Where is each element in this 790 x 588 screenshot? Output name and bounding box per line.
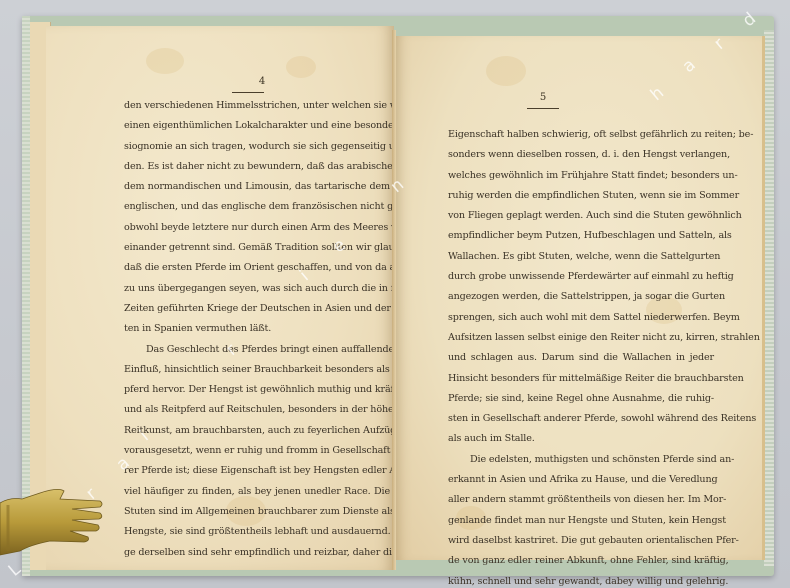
- text-line: Hengste, sie sind größtentheils lebhaft …: [124, 522, 390, 542]
- text-line: zu uns übergegangen seyen, was sich auch…: [124, 279, 390, 299]
- text-line: von Fliegen geplagt werden. Auch sind di…: [448, 206, 714, 226]
- text-line: einen eigenthümlichen Lokalcharakter und…: [124, 116, 390, 136]
- text-line: sonders wenn dieselben rossen, d. i. den…: [448, 145, 714, 165]
- text-line: Hinsicht besonders für mittelmäßige Reit…: [448, 369, 714, 389]
- text-line: englischen, und das englische dem franzö…: [124, 197, 390, 217]
- text-line: ten in Spanien vermuthen läßt.: [124, 319, 390, 339]
- text-line: genlande findet man nur Hengste und Stut…: [448, 511, 714, 531]
- text-line: Reitkunst, am brauchbarsten, auch zu fey…: [124, 421, 390, 441]
- text-line: ge derselben sind sehr empfindlich und r…: [124, 543, 390, 563]
- text-line: den verschiedenen Himmelsstrichen, unter…: [124, 96, 390, 116]
- text-line: und schlagen aus. Darum sind die Wallach…: [448, 348, 714, 368]
- right-page: 5 Eigenschaft halben schwierig, oft selb…: [396, 36, 765, 560]
- foxing-stain: [146, 48, 184, 74]
- text-line: pferd hervor. Der Hengst ist gewöhnlich …: [124, 380, 390, 400]
- text-line: sprengen, sich auch wohl mit dem Sattel …: [448, 308, 714, 328]
- page-number-rule: [232, 92, 264, 93]
- text-line: aller andern stammt größtentheils von di…: [448, 490, 714, 510]
- text-line: Wallachen. Es gibt Stuten, welche, wenn …: [448, 247, 714, 267]
- text-line: Einfluß, hinsichtlich seiner Brauchbarke…: [124, 360, 390, 380]
- text-line: viel häufiger zu finden, als bey jenen u…: [124, 482, 390, 502]
- text-line: empfindlicher beym Putzen, Hufbeschlagen…: [448, 226, 714, 246]
- text-line: angezogen werden, die Sattelstrippen, ja…: [448, 287, 714, 307]
- text-line: als auch im Stalle.: [448, 429, 714, 449]
- text-line: Das Geschlecht des Pferdes bringt einen …: [124, 340, 390, 360]
- page-number-left: 4: [242, 76, 282, 87]
- text-line: siognomie an sich tragen, wodurch sie si…: [124, 137, 390, 157]
- text-line: einander getrennt sind. Gemäß Tradition …: [124, 238, 390, 258]
- text-line: und als Reitpferd auf Reitschulen, beson…: [124, 400, 390, 420]
- text-line: erkannt in Asien und Afrika zu Hause, un…: [448, 470, 714, 490]
- text-line: Die edelsten, muthigsten und schönsten P…: [448, 450, 714, 470]
- foxing-stain: [286, 56, 316, 78]
- text-line: ruhig werden die empfindlichen Stuten, w…: [448, 186, 714, 206]
- text-line: daß die ersten Pferde im Orient geschaff…: [124, 258, 390, 278]
- text-line: obwohl beyde letztere nur durch einen Ar…: [124, 218, 390, 238]
- text-line: Pferde; sie sind, keine Regel ohne Ausna…: [448, 389, 714, 409]
- page-number-right: 5: [523, 92, 563, 103]
- foxing-stain: [486, 56, 526, 86]
- text-line: Zeiten geführten Kriege der Deutschen in…: [124, 299, 390, 319]
- text-line: Stuten sind im Allgemeinen brauchbarer z…: [124, 502, 390, 522]
- text-line: Eigenschaft halben schwierig, oft selbst…: [448, 125, 714, 145]
- text-line: vorausgesetzt, wenn er ruhig und fromm i…: [124, 441, 390, 461]
- text-line: welches gewöhnlich im Frühjahre Statt fi…: [448, 166, 714, 186]
- cover-edge-right: [764, 30, 774, 566]
- right-page-text: Eigenschaft halben schwierig, oft selbst…: [448, 125, 714, 588]
- text-line: Aufsitzen lassen selbst einige den Reite…: [448, 328, 714, 348]
- text-line: kühn, schnell und sehr gewandt, dabey wi…: [448, 572, 714, 588]
- page-number-rule: [527, 108, 559, 109]
- left-page-text: den verschiedenen Himmelsstrichen, unter…: [124, 96, 390, 563]
- text-line: de von ganz edler reiner Abkunft, ohne F…: [448, 551, 714, 571]
- text-line: wird daselbst kastriret. Die gut gebaute…: [448, 531, 714, 551]
- text-line: dem normandischen und Limousin, das tart…: [124, 177, 390, 197]
- text-line: sten in Gesellschaft anderer Pferde, sow…: [448, 409, 714, 429]
- text-line: den. Es ist daher nicht zu bewundern, da…: [124, 157, 390, 177]
- text-line: rer Pferde ist; diese Eigenschaft ist be…: [124, 461, 390, 481]
- brass-hand-clip-icon: [0, 485, 105, 560]
- text-line: durch grobe unwissende Pferdewärter auf …: [448, 267, 714, 287]
